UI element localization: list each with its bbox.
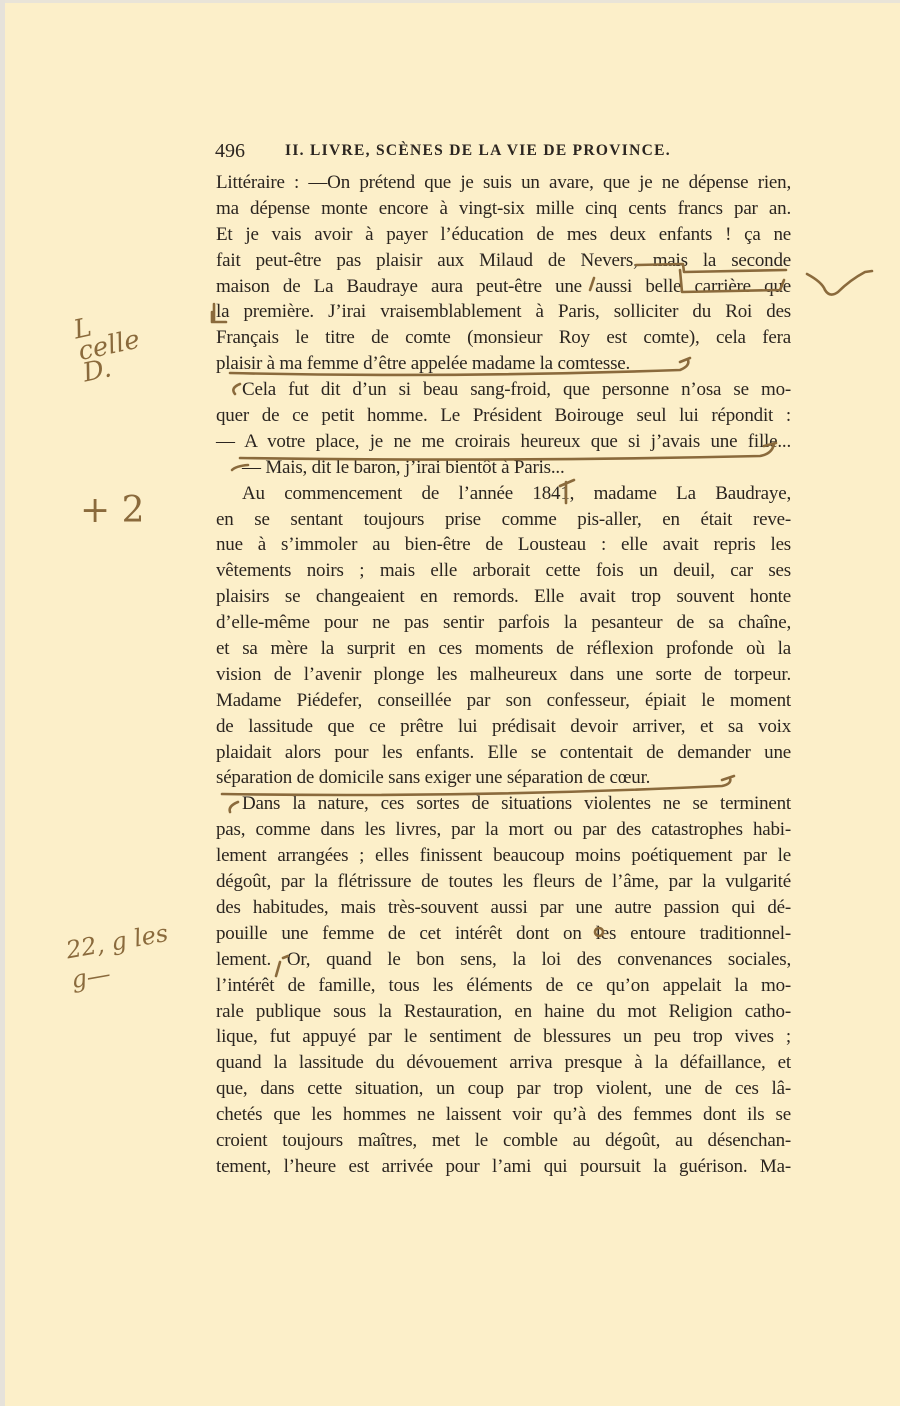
margin-note-left-2: + 2 bbox=[80, 490, 145, 531]
text-line: chetés que les hommes ne laissent voir q… bbox=[216, 1102, 791, 1128]
text-line: croient toujours maîtres, met le comble … bbox=[216, 1128, 791, 1154]
text-line: nue à s’immoler au bien-être de Lousteau… bbox=[216, 532, 791, 558]
text-line: ma dépense monte encore à vingt-six mill… bbox=[216, 196, 791, 222]
text-line: — A votre place, je ne me croirais heure… bbox=[216, 429, 791, 455]
page-edge-top bbox=[0, 0, 900, 3]
page-number: 496 bbox=[215, 140, 245, 163]
text-line: d’elle-même pour ne pas sentir parfois l… bbox=[216, 610, 791, 636]
text-line: maison de La Baudraye aura peut-être une… bbox=[216, 274, 791, 300]
page-edge-left bbox=[0, 0, 5, 1406]
text-line: tement, l’heure est arrivée pour l’ami q… bbox=[216, 1154, 791, 1180]
body-text: Littéraire : —On prétend que je suis un … bbox=[216, 170, 791, 1180]
text-line: lique, fut appuyé par le sentiment de bl… bbox=[216, 1024, 791, 1050]
text-line: vêtements noirs ; mais elle arborait cet… bbox=[216, 558, 791, 584]
text-line: Madame Piédefer, conseillée par son conf… bbox=[216, 688, 791, 714]
text-line: Littéraire : —On prétend que je suis un … bbox=[216, 170, 791, 196]
text-line: des habitudes, mais très-souvent aussi p… bbox=[216, 895, 791, 921]
text-line: l’intérêt de famille, tous les éléments … bbox=[216, 973, 791, 999]
text-line: Au commencement de l’année 1841, madame … bbox=[216, 481, 791, 507]
margin-note-left-1: L celle D. bbox=[78, 312, 148, 378]
text-line: pouille une femme de cet intérêt dont on… bbox=[216, 921, 791, 947]
text-line: et sa mère la surprit en ces moments de … bbox=[216, 636, 791, 662]
text-line: en se sentant toujours prise comme pis-a… bbox=[216, 507, 791, 533]
text-line: Français le titre de comte (monsieur Roy… bbox=[216, 325, 791, 351]
text-line: — Mais, dit le baron, j’irai bientôt à P… bbox=[216, 455, 791, 481]
margin-note-left-3: 22, g les g— bbox=[64, 915, 193, 995]
text-line: de lassitude que ce prêtre lui prédisait… bbox=[216, 714, 791, 740]
text-line: vision de l’avenir plonge les malheureux… bbox=[216, 662, 791, 688]
running-header: 496 II. LIVRE, SCÈNES DE LA VIE DE PROVI… bbox=[215, 140, 795, 164]
text-line: plaidait alors pour les enfants. Elle se… bbox=[216, 740, 791, 766]
text-line: la première. J’irai vraisemblablement à … bbox=[216, 299, 791, 325]
running-head-title: II. LIVRE, SCÈNES DE LA VIE DE PROVINCE. bbox=[285, 142, 671, 160]
text-line: quer de ce petit homme. Le Président Boi… bbox=[216, 403, 791, 429]
text-line: lement arrangées ; elles finissent beauc… bbox=[216, 843, 791, 869]
check-mark-icon bbox=[807, 271, 872, 295]
text-line: lement. Or, quand le bon sens, la loi de… bbox=[216, 947, 791, 973]
text-line: quand la lassitude du dévouement arriva … bbox=[216, 1050, 791, 1076]
text-line: Et je vais avoir à payer l’éducation de … bbox=[216, 222, 791, 248]
text-line: plaisir à ma femme d’être appelée madame… bbox=[216, 351, 791, 377]
text-line: fait peut-être pas plaisir aux Milaud de… bbox=[216, 248, 791, 274]
text-line: rale publique sous la Restauration, en h… bbox=[216, 999, 791, 1025]
text-line: dégoût, par la flétrissure de toutes les… bbox=[216, 869, 791, 895]
text-line: que, dans cette situation, un coup par t… bbox=[216, 1076, 791, 1102]
text-line: pas, comme dans les livres, par la mort … bbox=[216, 817, 791, 843]
text-line: plaisirs se changeaient en remords. Elle… bbox=[216, 584, 791, 610]
text-line: séparation de domicile sans exiger une s… bbox=[216, 765, 791, 791]
text-line: Cela fut dit d’un si beau sang-froid, qu… bbox=[216, 377, 791, 403]
margin-note-text: L celle D. bbox=[72, 305, 154, 384]
text-line: Dans la nature, ces sortes de situations… bbox=[216, 791, 791, 817]
